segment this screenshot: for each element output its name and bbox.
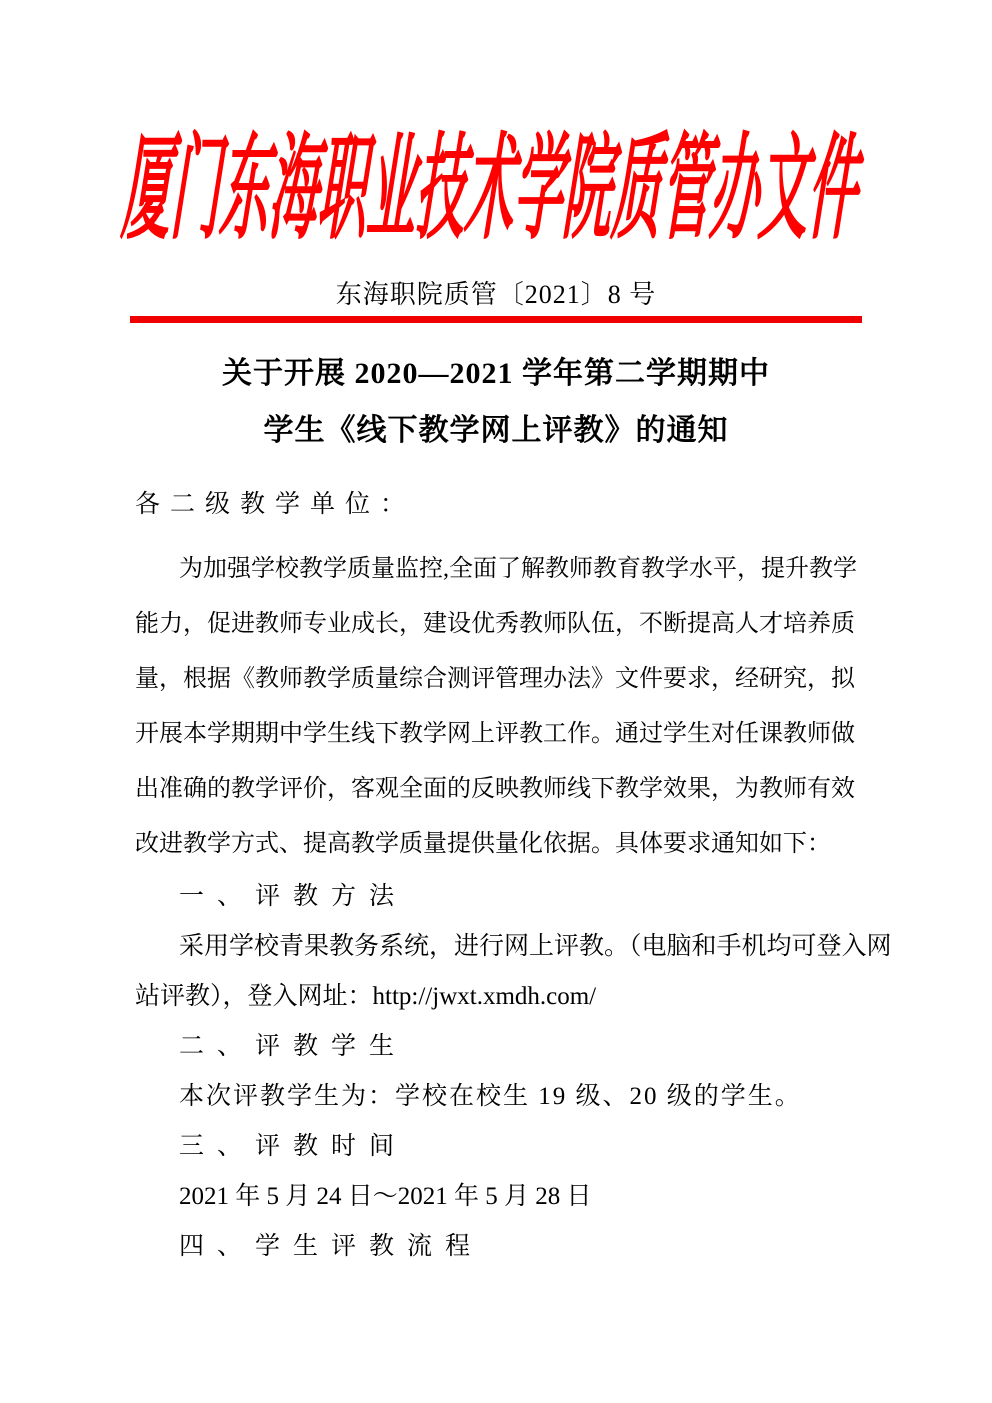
red-header-banner: 厦门东海职业技术学院质管办文件 xyxy=(0,98,992,264)
section-2-heading: 二、评教学生 xyxy=(135,1022,857,1072)
document-title: 关于开展 2020—2021 学年第二学期期中 学生《线下教学网上评教》的通知 xyxy=(0,345,992,459)
paragraph-line: 改进教学方式、提高教学质量提供量化依据。具体要求通知如下： xyxy=(135,817,857,872)
salutation: 各二级教学单位： xyxy=(135,477,857,532)
document-page: 厦门东海职业技术学院质管办文件 东海职院质管〔2021〕8 号 关于开展 202… xyxy=(0,0,992,1403)
institution-name-text: 厦门东海职业技术学院质管办文件 xyxy=(115,99,876,264)
paragraph-line: 量，根据《教师教学质量综合测评管理办法》文件要求，经研究，拟 xyxy=(135,652,857,707)
section-2-body: 本次评教学生为：学校在校生 19 级、20 级的学生。 xyxy=(135,1072,857,1122)
title-line-2: 学生《线下教学网上评教》的通知 xyxy=(0,402,992,459)
section-1-heading: 一、评教方法 xyxy=(135,872,857,922)
paragraph-line: 能力，促进教师专业成长，建设优秀教师队伍，不断提高人才培养质 xyxy=(135,597,857,652)
section-4-heading: 四、学生评教流程 xyxy=(135,1222,857,1272)
document-body: 各二级教学单位： 为加强学校教学质量监控,全面了解教师教育教学水平，提升教学 能… xyxy=(135,477,857,1272)
section-3-body: 2021 年 5 月 24 日～2021 年 5 月 28 日 xyxy=(135,1172,857,1222)
section-1-line-1: 采用学校青果教务系统，进行网上评教。（电脑和手机均可登入网 xyxy=(135,922,857,972)
paragraph-line: 出准确的教学评价，客观全面的反映教师线下教学效果，为教师有效 xyxy=(135,762,857,817)
section-3-heading: 三、评教时间 xyxy=(135,1122,857,1172)
paragraph-line: 为加强学校教学质量监控,全面了解教师教育教学水平，提升教学 xyxy=(135,542,857,597)
login-url-label: 站评教），登入网址： xyxy=(135,983,373,1010)
intro-paragraph: 为加强学校教学质量监控,全面了解教师教育教学水平，提升教学 能力，促进教师专业成… xyxy=(135,542,857,872)
document-number: 东海职院质管〔2021〕8 号 xyxy=(0,278,992,312)
evaluation-system-url: http://jwxt.xmdh.com/ xyxy=(373,983,597,1010)
section-1-line-2: 站评教），登入网址：http://jwxt.xmdh.com/ xyxy=(135,972,857,1022)
red-divider-line xyxy=(130,316,862,323)
title-line-1: 关于开展 2020—2021 学年第二学期期中 xyxy=(0,345,992,402)
paragraph-line: 开展本学期期中学生线下教学网上评教工作。通过学生对任课教师做 xyxy=(135,707,857,762)
